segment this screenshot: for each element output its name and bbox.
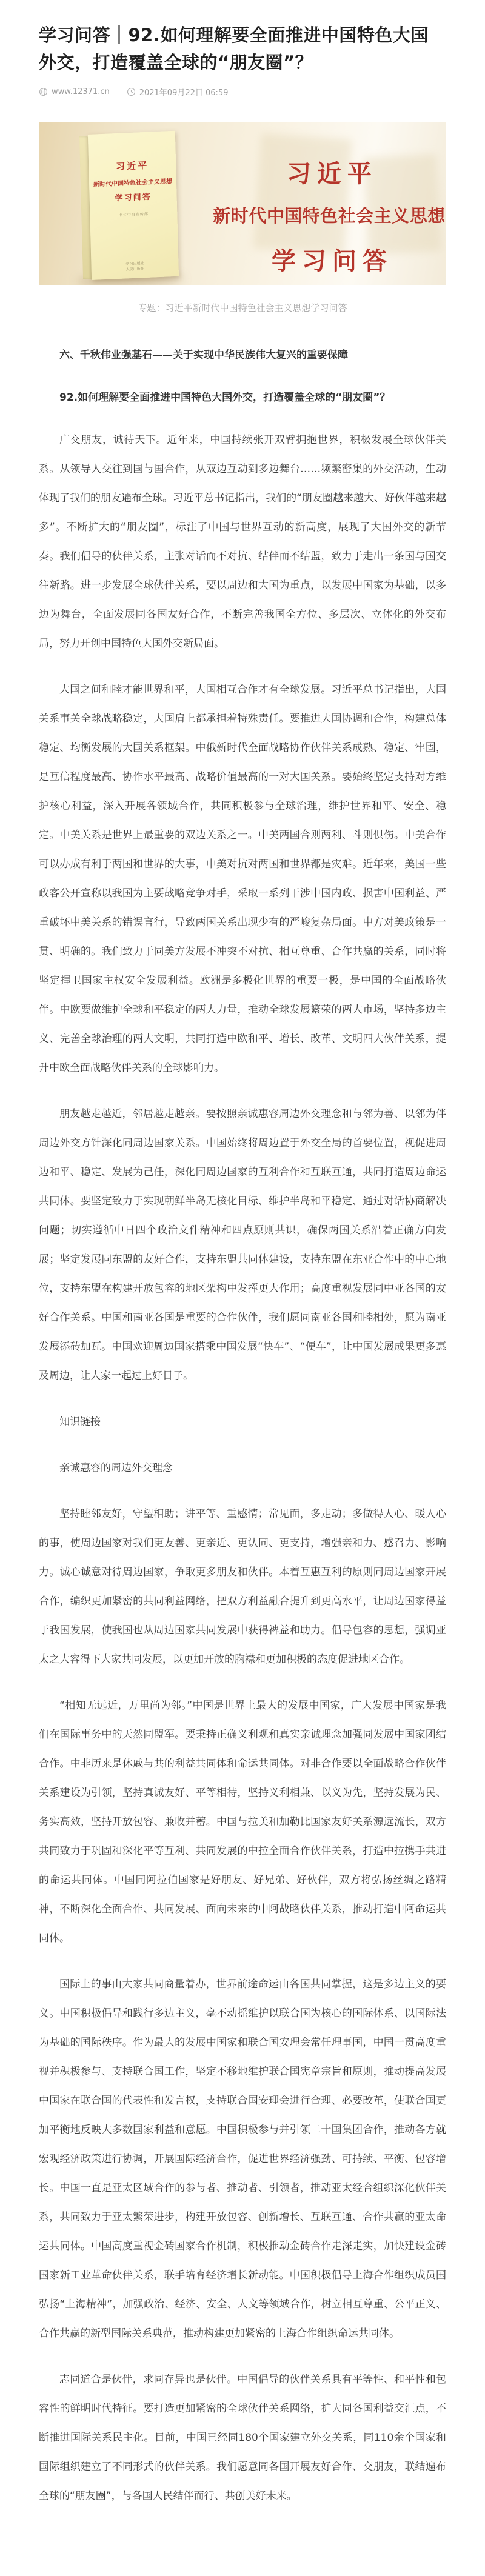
knowledge-link-subtitle: 亲诚惠容的周边外交理念	[39, 1453, 446, 1483]
image-caption: 专题：习近平新时代中国特色社会主义思想学习问答	[39, 301, 446, 314]
paragraph: 朋友越走越近，邻居越走越亲。要按照亲诚惠容周边外交理念和与邻为善、以邻为伴周边外…	[39, 1099, 446, 1390]
clock-icon	[127, 87, 136, 96]
paragraph: 志同道合是伙伴，求同存异也是伙伴。中国倡导的伙伴关系具有平等性、和平性和包容性的…	[39, 2365, 446, 2511]
book-cover: 习近平 新时代中国特色社会主义思想 学习问答 中共中央宣传部 学习出版社 人民出…	[79, 132, 180, 282]
meta-row: www.12371.cn 2021年09月22日 06:59	[39, 86, 446, 98]
page-title: 学习问答｜92.如何理解要全面推进中国特色大国外交，打造覆盖全球的“朋友圈”？	[39, 22, 446, 76]
question-heading: 92.如何理解要全面推进中国特色大国外交，打造覆盖全球的“朋友圈”？	[39, 383, 446, 412]
article-page: 学习问答｜92.如何理解要全面推进中国特色大国外交，打造覆盖全球的“朋友圈”？ …	[0, 0, 485, 2576]
book-title-line2: 新时代中国特色社会主义思想	[89, 176, 176, 189]
book-editor-line: 中共中央宣传部	[90, 210, 177, 219]
globe-icon	[39, 87, 48, 96]
knowledge-link-heading: 知识链接	[39, 1407, 446, 1436]
article-body: 六、千秋伟业强基石——关于实现中华民族伟大复兴的重要保障 92.如何理解要全面推…	[39, 341, 446, 2511]
publish-time-item: 2021年09月22日 06:59	[127, 86, 229, 98]
book-front-cover: 习近平 新时代中国特色社会主义思想 学习问答 中共中央宣传部 学习出版社 人民出…	[88, 131, 179, 280]
source-item: www.12371.cn	[39, 87, 110, 96]
book-title-line1: 习近平	[89, 158, 176, 174]
banner-image: 习近平 新时代中国特色社会主义思想 学习问答 中共中央宣传部 学习出版社 人民出…	[39, 122, 446, 285]
publish-time: 2021年09月22日 06:59	[139, 86, 229, 98]
headline-line3: 学习问答	[212, 242, 446, 276]
banner-headline: 习近平 新时代中国特色社会主义思想 学习问答	[212, 155, 446, 276]
source-site: www.12371.cn	[52, 87, 110, 96]
section-heading: 六、千秋伟业强基石——关于实现中华民族伟大复兴的重要保障	[39, 341, 446, 370]
headline-line2: 新时代中国特色社会主义思想	[212, 202, 446, 227]
paragraph: 大国之间和睦才能世界和平，大国相互合作才有全球发展。习近平总书记指出，大国关系事…	[39, 675, 446, 1083]
book-publisher: 学习出版社 人民出版社	[91, 259, 178, 274]
paragraph: 坚持睦邻友好，守望相助；讲平等、重感情；常见面，多走动；多做得人心、暖人心的事，…	[39, 1500, 446, 1674]
headline-line1: 习近平	[212, 155, 446, 189]
paragraph: “相知无远近，万里尚为邻。”中国是世界上最大的发展中国家，广大发展中国家是我们在…	[39, 1691, 446, 1953]
paragraph: 国际上的事由大家共同商量着办，世界前途命运由各国共同掌握，这是多边主义的要义。中…	[39, 1970, 446, 2348]
book-title-line3: 学习问答	[89, 189, 176, 204]
paragraph: 广交朋友，诚待天下。近年来，中国持续张开双臂拥抱世界，积极发展全球伙伴关系。从领…	[39, 425, 446, 658]
